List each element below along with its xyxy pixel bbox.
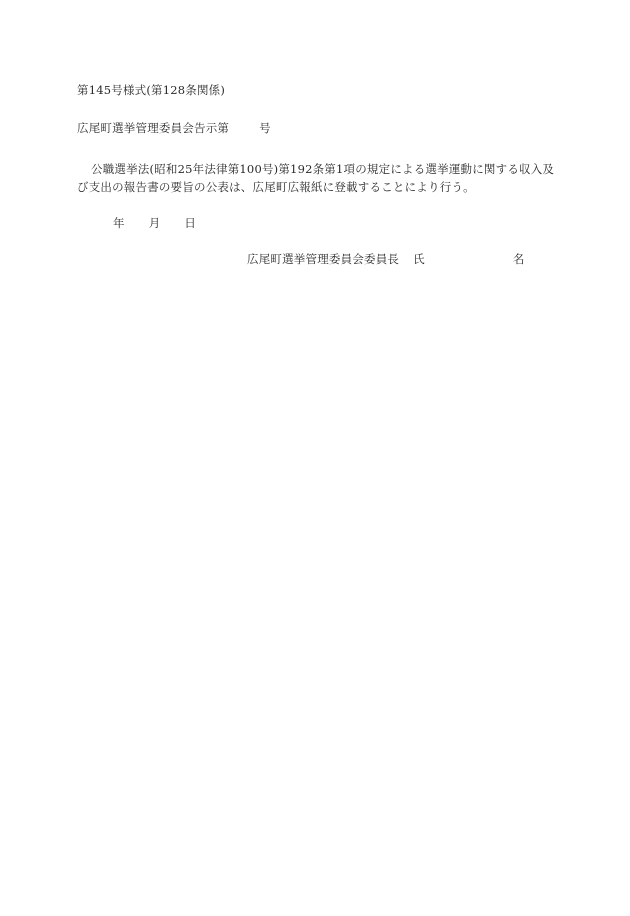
- day-label: 日: [184, 218, 196, 230]
- signature-line: 広尾町選挙管理委員会委員長氏名: [247, 254, 525, 266]
- form-number: 第145号様式(第128条関係): [77, 85, 225, 97]
- name-label-mei: 名: [513, 252, 525, 266]
- notice-suffix: 号: [259, 121, 271, 135]
- notice-body-line-2: び支出の報告書の要旨の公表は、広尾町広報紙に登載することにより行う。: [77, 178, 557, 196]
- notice-body: 公職選挙法(昭和25年法律第100号)第192条第1項の規定による選挙運動に関す…: [77, 160, 557, 196]
- year-label: 年: [113, 218, 125, 230]
- name-label-shi: 氏: [413, 252, 425, 266]
- notice-body-line-1: 公職選挙法(昭和25年法律第100号)第192条第1項の規定による選挙運動に関す…: [77, 160, 557, 178]
- notice-number-line: 広尾町選挙管理委員会告示第号: [77, 123, 271, 135]
- notice-prefix: 広尾町選挙管理委員会告示第: [77, 121, 229, 135]
- month-label: 月: [149, 218, 161, 230]
- date-line: 年月日: [77, 218, 196, 230]
- form-number-text: 第145号様式(第128条関係): [77, 83, 225, 97]
- document-page: 第145号様式(第128条関係) 広尾町選挙管理委員会告示第号 公職選挙法(昭和…: [0, 0, 630, 916]
- signatory-title: 広尾町選挙管理委員会委員長: [247, 252, 399, 266]
